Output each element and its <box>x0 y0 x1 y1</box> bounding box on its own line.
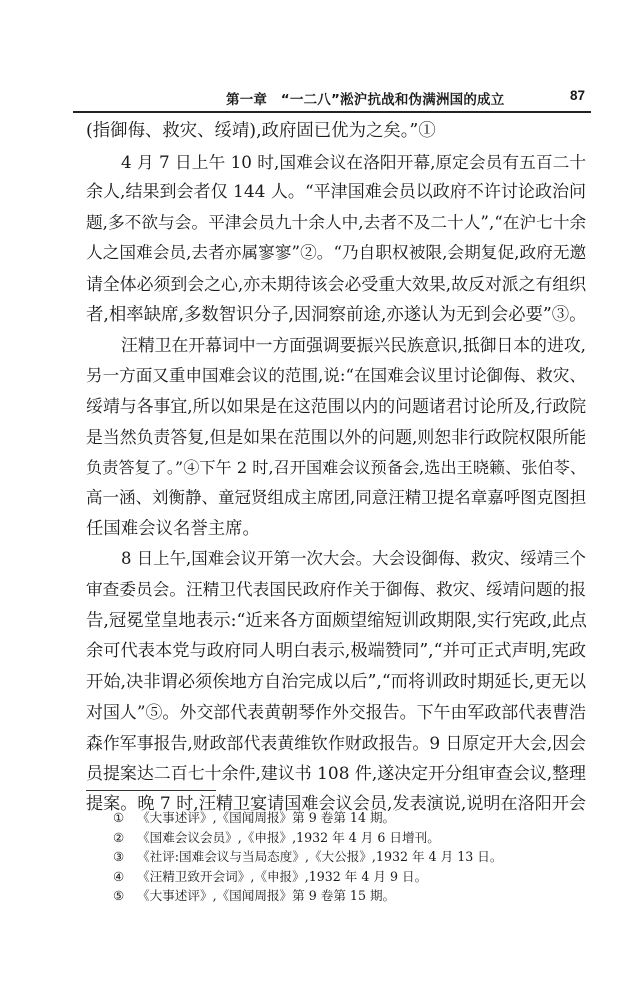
text-line: 是当然负责答复,但是如果在范围以外的问题,则恕非行政院权限所能 <box>86 422 586 453</box>
text-line: 任国难会议名誉主席。 <box>86 514 586 545</box>
text-line: 题,多不欲与会。平津会员九十余人中,去者不及二十人”,“在沪七十余 <box>86 208 586 239</box>
text-line: 告,冠冕堂皇地表示:“近来各方面颇望缩短训政期限,实行宪政,此点 <box>86 606 586 637</box>
page-number: 87 <box>570 88 585 103</box>
footnote-text: 《汪精卫致开会词》,《申报》,1932 年 4 月 9 日。 <box>137 869 427 884</box>
footnote-text: 《社评:国难会议与当局态度》,《大公报》,1932 年 4 月 13 日。 <box>137 849 502 864</box>
footnote-mark: ③ <box>113 847 137 867</box>
chapter-title: 第一章 “一二八”淞沪抗战和伪满洲国的成立 <box>226 88 504 108</box>
text-line: 审查委员会。汪精卫代表国民政府作关于御侮、救灾、绥靖问题的报 <box>86 575 586 606</box>
text-line: 负责答复了。”④下午 2 时,召开国难会议预备会,选出王晓籁、张伯苓、 <box>86 453 586 484</box>
footnote-mark: ① <box>113 808 137 828</box>
footnote-mark: ⑤ <box>113 886 137 906</box>
footnote: ③《社评:国难会议与当局态度》,《大公报》,1932 年 4 月 13 日。 <box>113 847 502 867</box>
text-line: 4 月 7 日上午 10 时,国难会议在洛阳开幕,原定会员有五百二十 <box>86 147 586 178</box>
footnote: ①《大事述评》,《国闻周报》第 9 卷第 14 期。 <box>113 808 502 828</box>
text-line: 者,相率缺席,多数智识分子,因洞察前途,亦遂认为无到会必要”③。 <box>86 300 586 331</box>
text-line: 汪精卫在开幕词中一方面强调要振兴民族意识,抵御日本的进攻, <box>86 330 586 361</box>
text-line: 对国人”⑤。外交部代表黄朝琴作外交报告。下午由军政部代表曹浩 <box>86 697 586 728</box>
text-line: 余可代表本党与政府同人明白表示,极端赞同”,“并可正式声明,宪政 <box>86 636 586 667</box>
body-text: (指御侮、救灾、绥靖),政府固已优为之矣。”①4 月 7 日上午 10 时,国难… <box>86 116 586 820</box>
text-line: 森作军事报告,财政部代表黄维钦作财政报告。9 日原定开大会,因会 <box>86 728 586 759</box>
text-line: 余人,结果到会者仅 144 人。“平津国难会员以政府不许讨论政治问 <box>86 177 586 208</box>
footnote-rule <box>86 790 216 791</box>
text-line: (指御侮、救灾、绥靖),政府固已优为之矣。”① <box>86 116 586 147</box>
text-line: 绥靖与各事宜,所以如果是在这范围以内的问题诸君讨论所及,行政院 <box>86 391 586 422</box>
footnote: ④《汪精卫致开会词》,《申报》,1932 年 4 月 9 日。 <box>113 867 502 887</box>
footnote-mark: ④ <box>113 867 137 887</box>
footnote: ②《国难会议会员》,《申报》,1932 年 4 月 6 日增刊。 <box>113 828 502 848</box>
text-line: 请全体必须到会之心,亦未期待该会必受重大效果,故反对派之有组织 <box>86 269 586 300</box>
footnotes: ①《大事述评》,《国闻周报》第 9 卷第 14 期。②《国难会议会员》,《申报》… <box>113 808 502 906</box>
footnote-text: 《国难会议会员》,《申报》,1932 年 4 月 6 日增刊。 <box>137 830 440 845</box>
footnote-text: 《大事述评》,《国闻周报》第 9 卷第 14 期。 <box>137 810 395 825</box>
text-line: 开始,决非谓必须俟地方自治完成以后”,“而将训政时期延长,更无以 <box>86 667 586 698</box>
header-rule <box>73 111 591 113</box>
text-line: 高一涵、刘衡静、童冠贤组成主席团,同意汪精卫提名章嘉呼图克图担 <box>86 483 586 514</box>
text-line: 另一方面又重申国难会议的范围,说:“在国难会议里讨论御侮、救灾、 <box>86 361 586 392</box>
text-line: 员提案达二百七十余件,建议书 108 件,遂决定开分组审查会议,整理 <box>86 758 586 789</box>
running-header: 第一章 “一二八”淞沪抗战和伪满洲国的成立 87 <box>86 88 585 110</box>
footnote: ⑤《大事述评》,《国闻周报》第 9 卷第 15 期。 <box>113 886 502 906</box>
text-line: 人之国难会员,去者亦属寥寥”②。“乃自职权被限,会期复促,政府无邀 <box>86 238 586 269</box>
footnote-text: 《大事述评》,《国闻周报》第 9 卷第 15 期。 <box>137 888 395 903</box>
text-line: 8 日上午,国难会议开第一次大会。大会设御侮、救灾、绥靖三个 <box>86 544 586 575</box>
footnote-mark: ② <box>113 828 137 848</box>
